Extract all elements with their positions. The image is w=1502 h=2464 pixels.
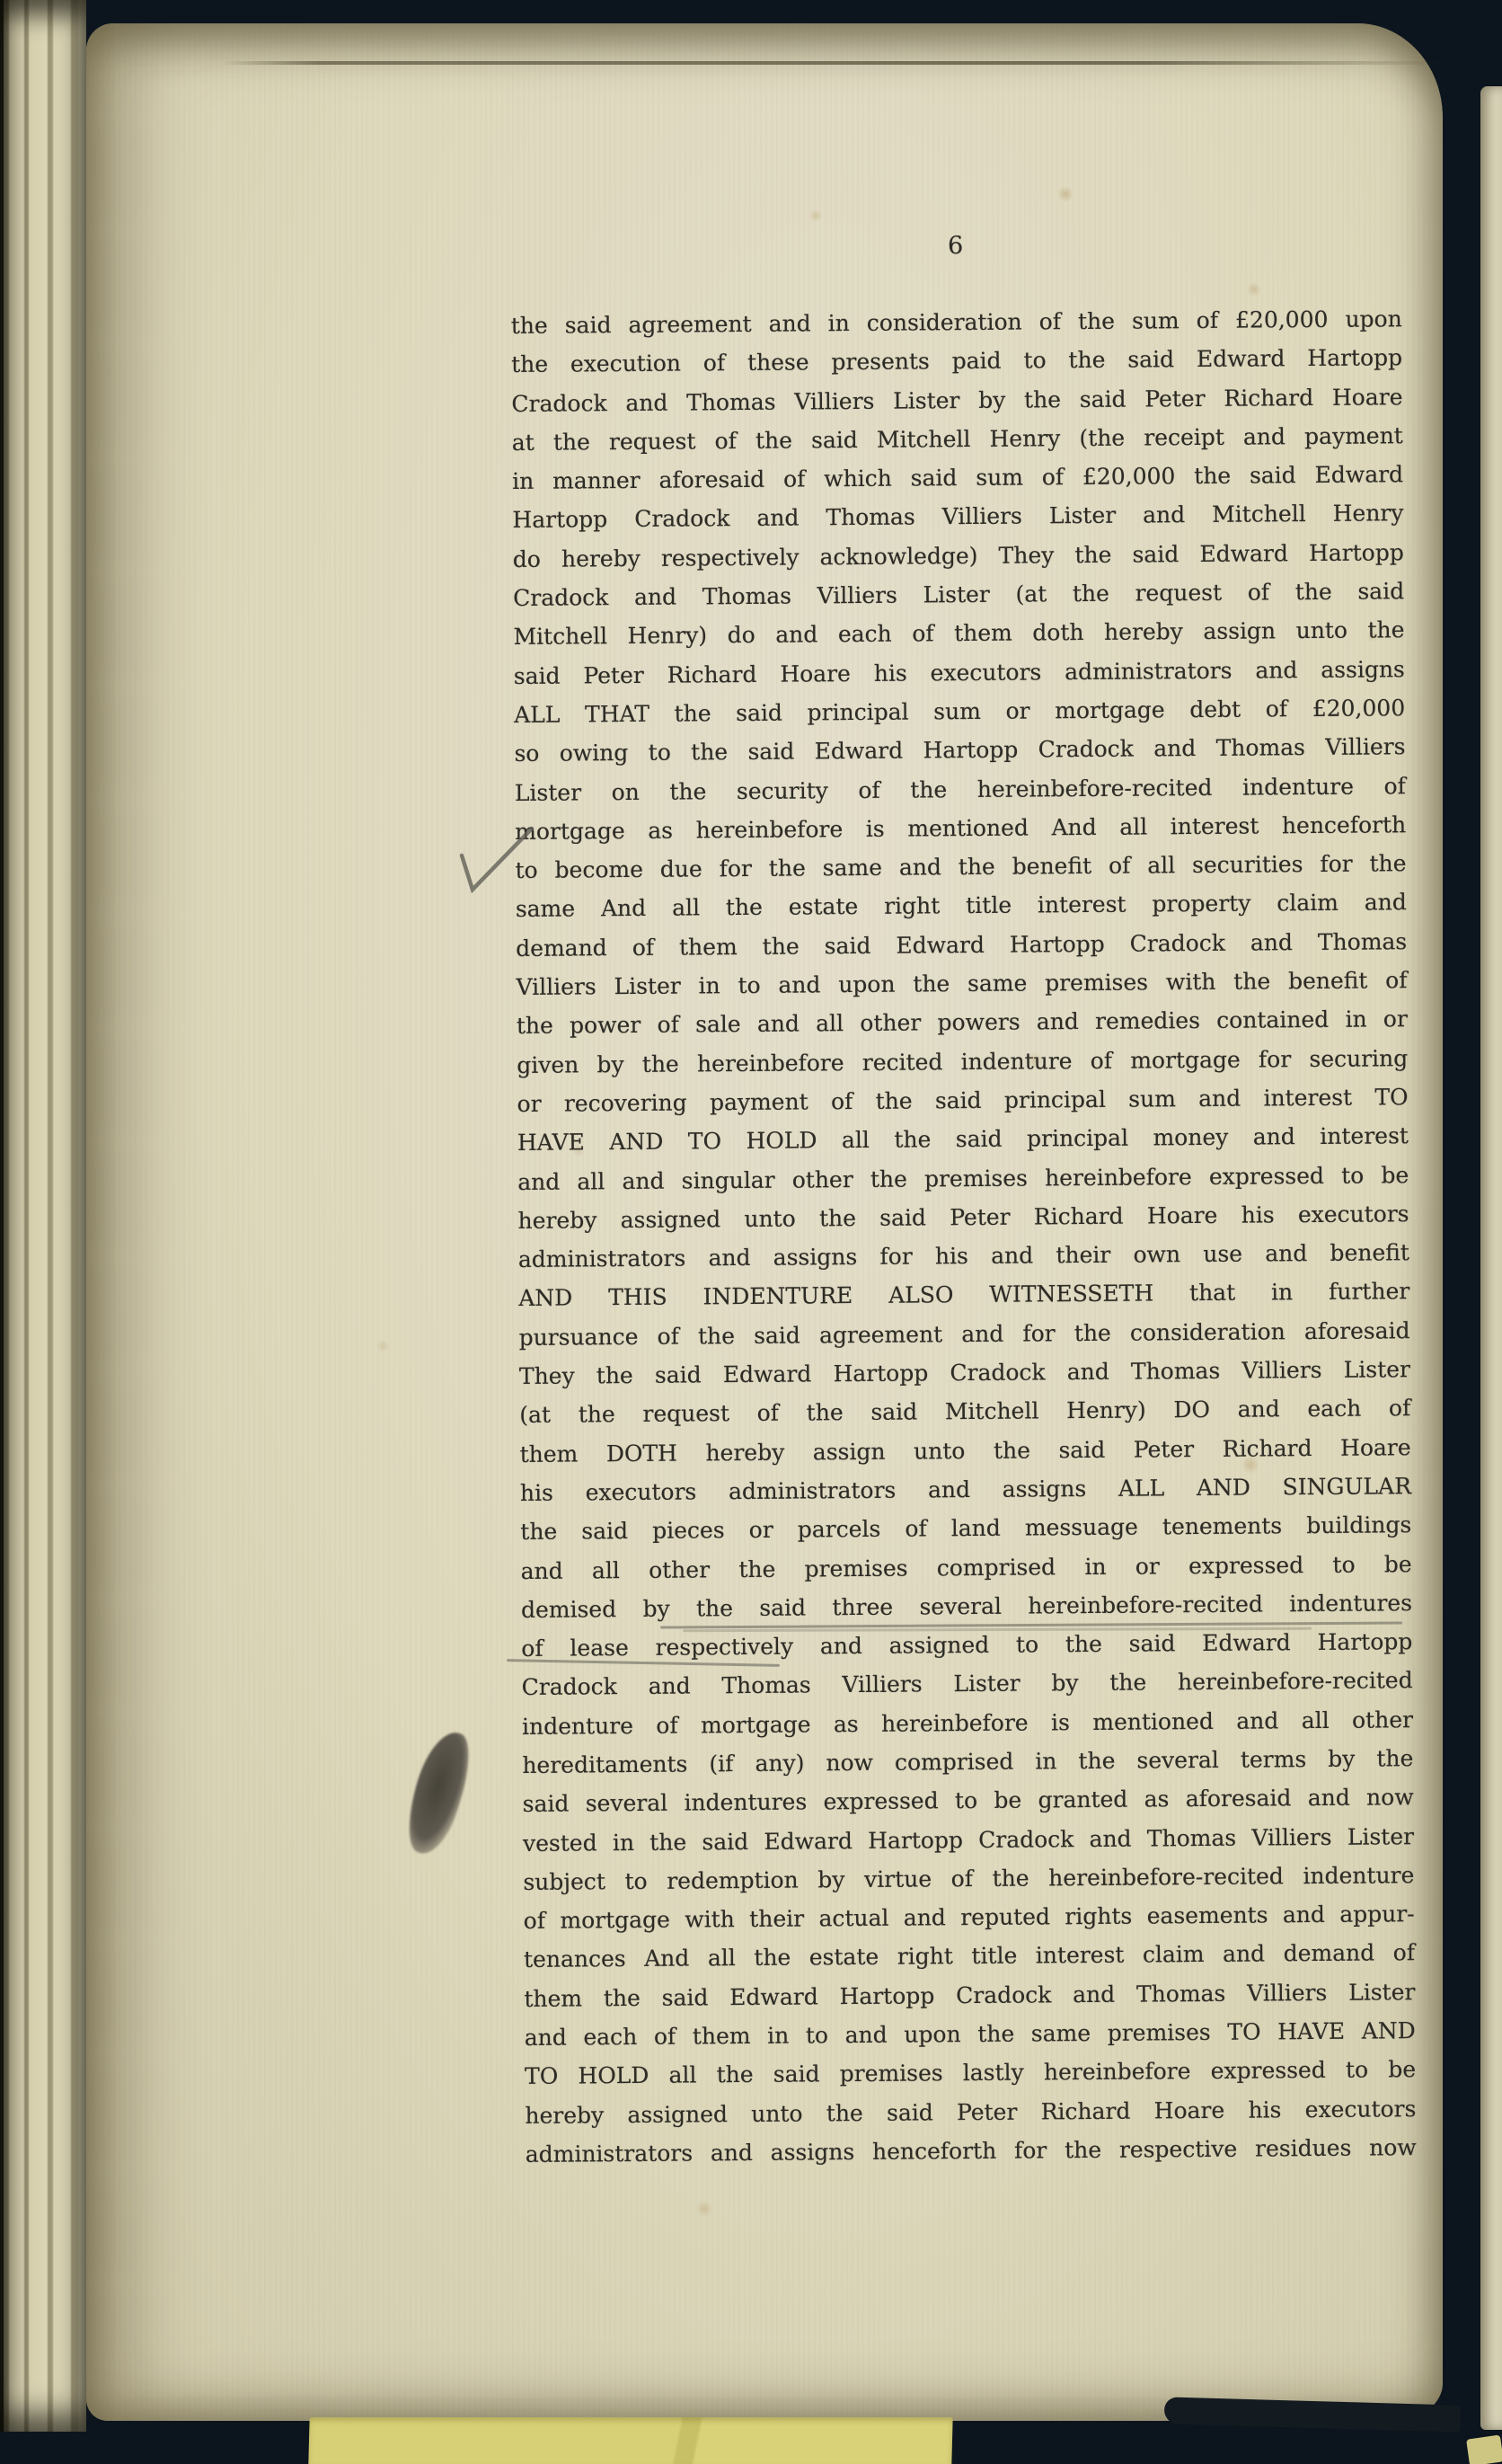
text-line: subject to redemption by virtue of the h… xyxy=(523,1856,1414,1901)
printed-text-block: 6 the said agreement and in consideratio… xyxy=(510,228,1417,2174)
page-number: 6 xyxy=(510,228,1401,263)
text-line: given by the hereinbefore recited indent… xyxy=(517,1039,1408,1085)
text-lines: the said agreement and in consideration … xyxy=(511,299,1417,2174)
adjacent-page-corner xyxy=(1466,2435,1502,2464)
text-line: and each of them in to and upon the same… xyxy=(525,2011,1416,2057)
text-line: the execution of these presents paid to … xyxy=(511,339,1402,385)
text-line: the said pieces or parcels of land messu… xyxy=(520,1505,1411,1551)
text-line: to become due for the same and the benef… xyxy=(515,844,1406,890)
text-line: administrators and assigns henceforth fo… xyxy=(526,2128,1417,2174)
text-line: of mortgage with their actual and repute… xyxy=(524,1894,1415,1940)
text-line: hereby assigned unto the said Peter Rich… xyxy=(525,2089,1416,2135)
text-line: same And all the estate right title inte… xyxy=(516,883,1407,929)
torn-bottom-edge xyxy=(1164,2397,1462,2432)
text-line: Cradock and Thomas Villiers Lister by th… xyxy=(522,1662,1413,1707)
text-line: at the request of the said Mitchell Henr… xyxy=(512,416,1403,462)
scan-background: { "page": { "number": "6", "lines": [ "t… xyxy=(0,0,1502,2464)
text-line: the power of sale and all other powers a… xyxy=(517,1000,1408,1046)
text-line: indenture of mortgage as hereinbefore is… xyxy=(522,1700,1413,1746)
text-line: in manner aforesaid of which said sum of… xyxy=(512,455,1403,501)
text-line: TO HOLD all the said premises lastly her… xyxy=(525,2051,1416,2096)
text-line: so owing to the said Edward Hartopp Crad… xyxy=(514,727,1405,773)
text-line: do hereby respectively acknowledge) They… xyxy=(513,533,1404,579)
pencil-checkmark xyxy=(449,820,539,900)
paper-slip xyxy=(308,2417,952,2464)
text-line: tenances And all the estate right title … xyxy=(524,1934,1415,1980)
text-line: They the said Edward Hartopp Cradock and… xyxy=(519,1350,1410,1396)
text-line: demand of them the said Edward Hartopp C… xyxy=(516,922,1407,968)
text-line: and all other the premises comprised in … xyxy=(521,1545,1412,1591)
text-line: Cradock and Thomas Villiers Lister (at t… xyxy=(513,572,1404,617)
text-line: pursuance of the said agreement and for … xyxy=(518,1311,1409,1357)
text-line: or recovering payment of the said princi… xyxy=(517,1077,1408,1123)
book-gutter-page-edges xyxy=(0,0,86,2432)
text-line: the said agreement and in consideration … xyxy=(511,299,1402,345)
text-line: administrators and assigns for his and t… xyxy=(518,1233,1409,1279)
text-line: his executors administrators and assigns… xyxy=(520,1467,1411,1512)
text-line: Mitchell Henry) do and each of them doth… xyxy=(513,611,1404,657)
text-line: vested in the said Edward Hartopp Cradoc… xyxy=(523,1817,1414,1863)
text-line: Lister on the security of the hereinbefo… xyxy=(515,767,1406,812)
text-line: hereby assigned unto the said Peter Rich… xyxy=(517,1194,1409,1240)
text-line: Villiers Lister in to and upon the same … xyxy=(516,961,1407,1006)
text-line: said Peter Richard Hoare his executors a… xyxy=(514,650,1405,696)
text-line: said several indentures expressed to be … xyxy=(523,1777,1414,1823)
text-line: ALL THAT the said principal sum or mortg… xyxy=(514,688,1405,734)
adjacent-page-edge xyxy=(1480,86,1502,2430)
text-line: (at the request of the said Mitchell Hen… xyxy=(519,1388,1410,1434)
text-line: HAVE AND TO HOLD all the said principal … xyxy=(517,1116,1409,1162)
text-line: Hartopp Cradock and Thomas Villiers List… xyxy=(512,494,1403,540)
text-line: them the said Edward Hartopp Cradock and… xyxy=(524,1972,1415,2018)
text-line: them DOTH hereby assign unto the said Pe… xyxy=(519,1428,1410,1474)
text-line: AND THIS INDENTURE ALSO WITNESSETH that … xyxy=(518,1272,1409,1318)
page-top-edge-shadow xyxy=(221,61,1452,65)
text-line: Cradock and Thomas Villiers Lister by th… xyxy=(511,377,1402,423)
text-line: mortgage as hereinbefore is mentioned An… xyxy=(515,805,1406,851)
text-line: and all and singular other the premises … xyxy=(517,1156,1409,1201)
text-line: hereditaments (if any) now comprised in … xyxy=(522,1739,1413,1785)
